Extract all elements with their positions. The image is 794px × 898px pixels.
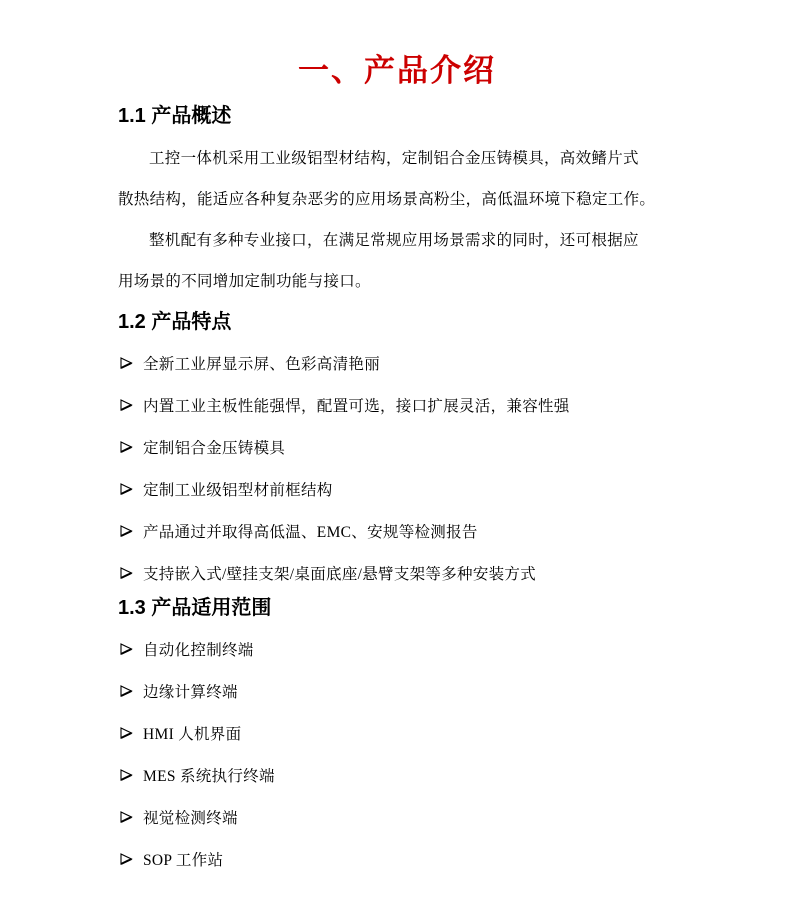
list-item-text: SOP 工作站 — [143, 848, 223, 870]
section-heading: 1.3 产品适用范围 — [118, 594, 658, 622]
paragraph-line: 散热结构，能适应各种复杂恶劣的应用场景高粉尘，高低温环境下稳定工作。 — [118, 179, 658, 220]
section-heading: 1.2 产品特点 — [118, 308, 658, 336]
arrow-bullet-icon — [120, 685, 133, 697]
paragraph: 工控一体机采用工业级铝型材结构，定制铝合金压铸模具，高效鳍片式散热结构，能适应各… — [118, 138, 658, 220]
list-item: MES 系统执行终端 — [118, 754, 658, 796]
list-item: 全新工业屏显示屏、色彩高清艳丽 — [118, 342, 658, 384]
list-item: 支持嵌入式/壁挂支架/桌面底座/悬臂支架等多种安装方式 — [118, 552, 658, 594]
list-item-text: 支持嵌入式/壁挂支架/桌面底座/悬臂支架等多种安装方式 — [143, 562, 536, 584]
page-title: 一、产品介绍 — [0, 0, 794, 90]
arrow-bullet-icon — [120, 727, 133, 739]
arrow-bullet-icon — [120, 441, 133, 453]
paragraph-line: 整机配有多种专业接口，在满足常规应用场景需求的同时，还可根据应 — [118, 220, 658, 261]
list-item: 视觉检测终端 — [118, 796, 658, 838]
list-item-text: 定制铝合金压铸模具 — [143, 436, 285, 458]
document-page: 一、产品介绍 1.1 产品概述工控一体机采用工业级铝型材结构，定制铝合金压铸模具… — [0, 0, 794, 898]
list-item-text: 定制工业级铝型材前框结构 — [143, 478, 333, 500]
arrow-bullet-icon — [120, 811, 133, 823]
arrow-bullet-icon — [120, 357, 133, 369]
list-item-text: MES 系统执行终端 — [143, 764, 275, 786]
list-item: 定制铝合金压铸模具 — [118, 426, 658, 468]
bullet-list: 全新工业屏显示屏、色彩高清艳丽内置工业主板性能强悍，配置可选，接口扩展灵活，兼容… — [118, 342, 658, 594]
document-section: 1.1 产品概述工控一体机采用工业级铝型材结构，定制铝合金压铸模具，高效鳍片式散… — [118, 102, 658, 302]
arrow-bullet-icon — [120, 525, 133, 537]
sections: 1.1 产品概述工控一体机采用工业级铝型材结构，定制铝合金压铸模具，高效鳍片式散… — [118, 102, 658, 880]
list-item-text: 自动化控制终端 — [143, 638, 254, 660]
arrow-bullet-icon — [120, 483, 133, 495]
list-item: 内置工业主板性能强悍，配置可选，接口扩展灵活，兼容性强 — [118, 384, 658, 426]
arrow-bullet-icon — [120, 399, 133, 411]
section-heading: 1.1 产品概述 — [118, 102, 658, 130]
list-item: SOP 工作站 — [118, 838, 658, 880]
arrow-bullet-icon — [120, 769, 133, 781]
list-item-text: 全新工业屏显示屏、色彩高清艳丽 — [143, 352, 380, 374]
arrow-bullet-icon — [120, 853, 133, 865]
list-item: 产品通过并取得高低温、EMC、安规等检测报告 — [118, 510, 658, 552]
bullet-list: 自动化控制终端边缘计算终端HMI 人机界面MES 系统执行终端视觉检测终端SOP… — [118, 628, 658, 880]
list-item-text: 边缘计算终端 — [143, 680, 238, 702]
list-item-text: 内置工业主板性能强悍，配置可选，接口扩展灵活，兼容性强 — [143, 394, 570, 416]
paragraph-line: 用场景的不同增加定制功能与接口。 — [118, 261, 658, 302]
document-section: 1.3 产品适用范围自动化控制终端边缘计算终端HMI 人机界面MES 系统执行终… — [118, 594, 658, 880]
list-item-text: 视觉检测终端 — [143, 806, 238, 828]
list-item: 边缘计算终端 — [118, 670, 658, 712]
arrow-bullet-icon — [120, 643, 133, 655]
list-item: HMI 人机界面 — [118, 712, 658, 754]
document-section: 1.2 产品特点全新工业屏显示屏、色彩高清艳丽内置工业主板性能强悍，配置可选，接… — [118, 308, 658, 594]
list-item: 自动化控制终端 — [118, 628, 658, 670]
paragraph: 整机配有多种专业接口，在满足常规应用场景需求的同时，还可根据应用场景的不同增加定… — [118, 220, 658, 302]
list-item-text: HMI 人机界面 — [143, 722, 241, 744]
list-item-text: 产品通过并取得高低温、EMC、安规等检测报告 — [143, 520, 478, 542]
list-item: 定制工业级铝型材前框结构 — [118, 468, 658, 510]
paragraph-line: 工控一体机采用工业级铝型材结构，定制铝合金压铸模具，高效鳍片式 — [118, 138, 658, 179]
arrow-bullet-icon — [120, 567, 133, 579]
